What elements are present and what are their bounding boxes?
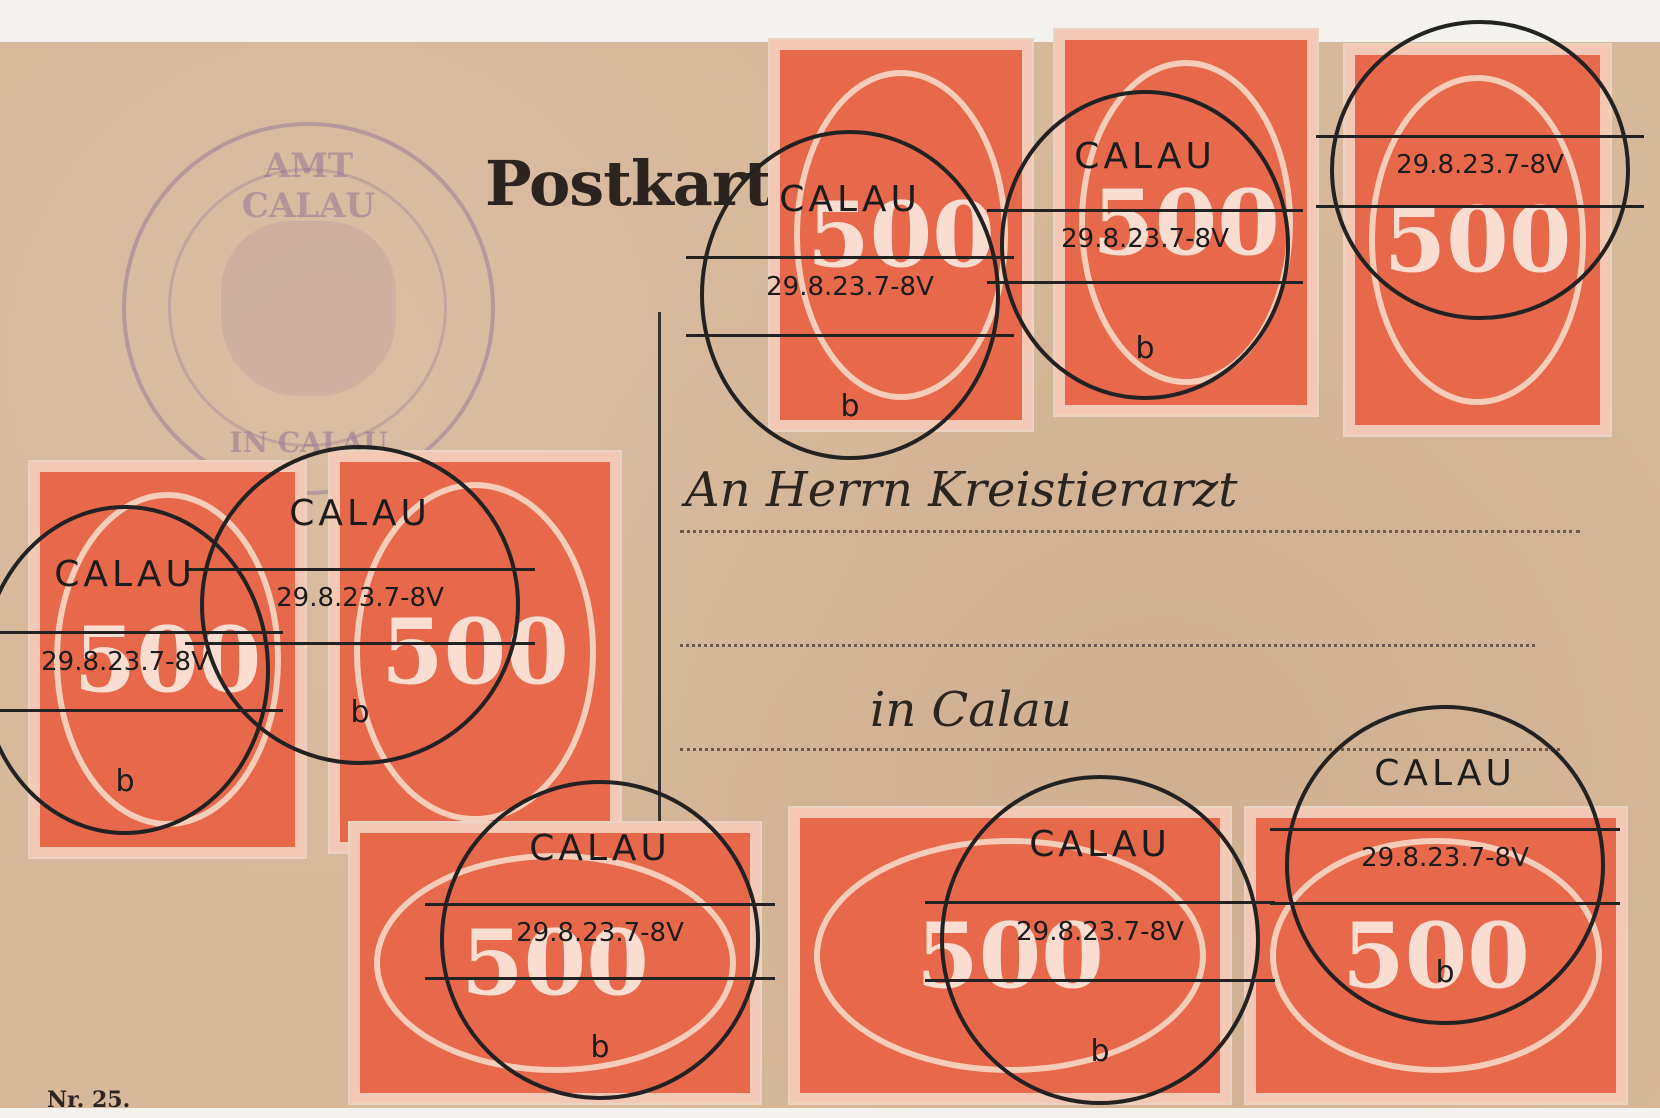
address-line (680, 530, 1580, 533)
eagle-emblem-icon (221, 221, 396, 396)
postmark: 29.8.23.7-8V (1330, 20, 1630, 320)
official-seal: AMT CALAU IN CALAU (122, 122, 495, 495)
seal-top-text: AMT CALAU (196, 146, 421, 226)
address-line-1: An Herrn Kreistierarzt (685, 462, 1238, 518)
postmark: CALAU 29.8.23.7-8V b (1000, 90, 1290, 400)
divider-line (658, 312, 661, 832)
postmark: CALAU 29.8.23.7-8V b (0, 505, 270, 835)
postmark: CALAU 29.8.23.7-8V b (440, 780, 760, 1100)
postmark: CALAU 29.8.23.7-8V b (940, 775, 1260, 1105)
postmark: CALAU 29.8.23.7-8V b (1285, 705, 1605, 1025)
series-number: Nr. 25. (47, 1087, 130, 1113)
address-line (680, 644, 1535, 647)
address-line-3: in Calau (870, 682, 1072, 738)
postmark: CALAU 29.8.23.7-8V b (700, 130, 1000, 460)
